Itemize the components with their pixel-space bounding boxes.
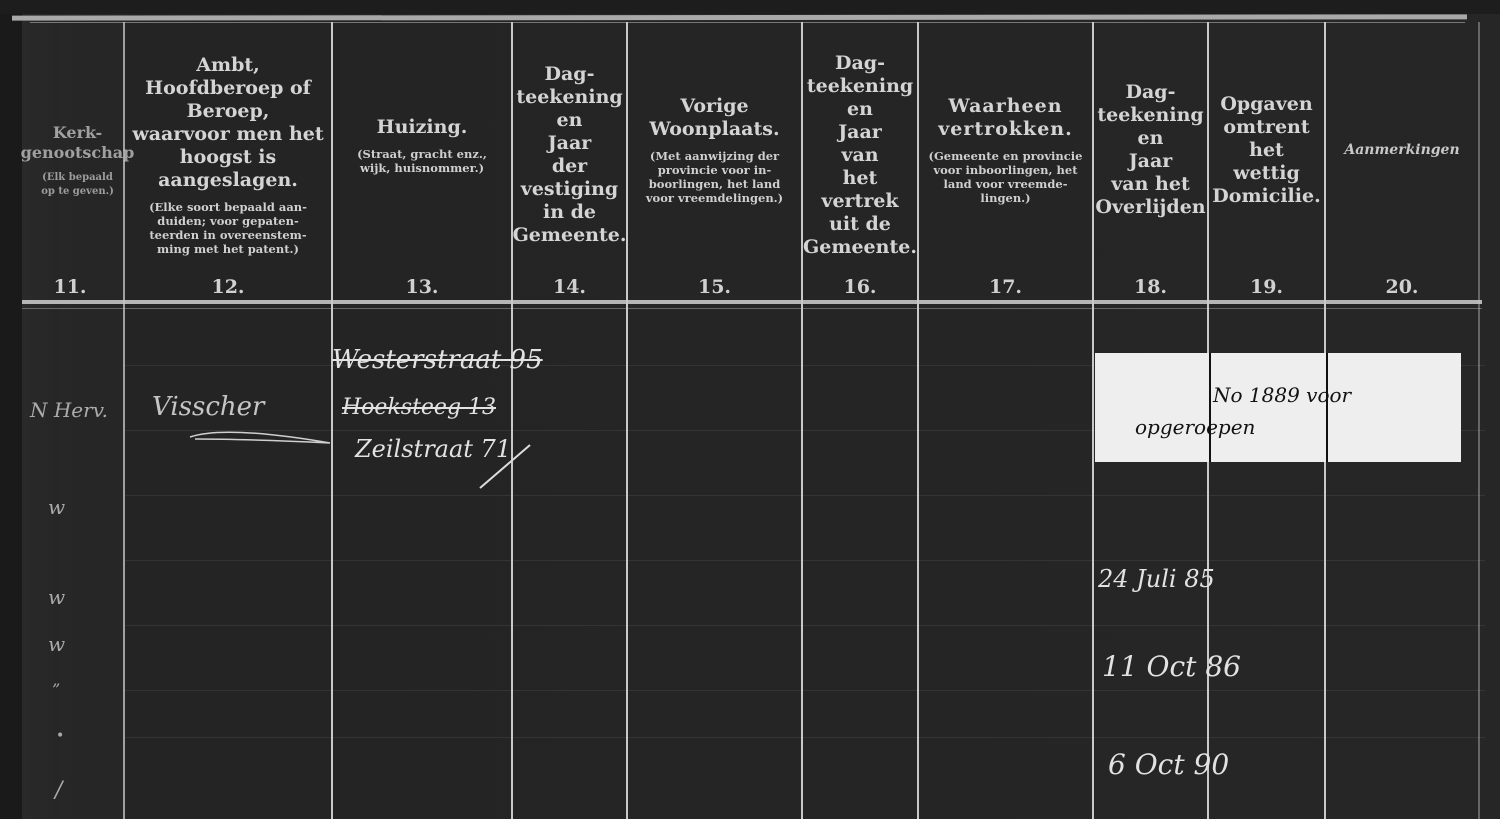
column-number: 20. [1326, 276, 1478, 298]
header-bottom-rule-thin [22, 308, 1482, 309]
header-title: Opgaven omtrent het wettig Domicilie. [1209, 93, 1324, 208]
address-entry-struck: Westerstraat 95 [332, 345, 543, 375]
religion-entry: / [55, 778, 62, 803]
header-col-11: Kerk- genootschap (Elk bepaald op te gev… [30, 26, 125, 296]
header-col-19: Opgaven omtrent het wettig Domicilie. [1209, 40, 1324, 260]
header-title: Vorige Woonplaats. [649, 95, 779, 141]
religion-entry: N Herv. [30, 398, 108, 422]
header-note: (Straat, gracht enz., wijk, huisnommer.) [357, 147, 487, 175]
header-note: (Elke soort bepaald aan- duiden; voor ge… [149, 200, 307, 256]
header-title: Dag- teekening en Jaar der vestiging in … [513, 63, 627, 247]
slip-note-line: No 1889 voor [1213, 383, 1351, 407]
death-date-entry: 6 Oct 90 [1108, 748, 1229, 781]
header-col-12: Ambt, Hoofdberoep of Beroep, waarvoor me… [125, 40, 331, 270]
religion-entry: w [48, 495, 65, 519]
book-binding [0, 0, 22, 819]
column-number: 18. [1094, 276, 1207, 298]
pasted-correction-slip: No 1889 voor opgeroepen [1095, 353, 1461, 462]
header-col-16: Dag- teekening en Jaar van het vertrek u… [803, 40, 917, 270]
flourish-stroke [185, 425, 335, 450]
header-title: Ambt, Hoofdberoep of Beroep, waarvoor me… [125, 54, 331, 192]
slip-column-line [1326, 353, 1328, 462]
slip-note-line: opgeroepen [1135, 415, 1255, 439]
religion-entry: • [56, 728, 64, 744]
column-number: 14. [513, 276, 626, 298]
death-date-entry: 11 Oct 86 [1102, 650, 1241, 683]
row-rule [125, 737, 1485, 738]
slip-column-line [1209, 353, 1211, 462]
row-rule [125, 690, 1485, 691]
header-title: Dag- teekening en Jaar van het vertrek u… [803, 52, 917, 259]
religion-entry: ” [52, 680, 60, 699]
row-rule [125, 625, 1485, 626]
header-note: (Elk bepaald op te geven.) [41, 171, 114, 199]
column-number: 17. [919, 276, 1092, 298]
column-number: 19. [1209, 276, 1324, 298]
column-number: 15. [628, 276, 801, 298]
header-note: (Met aanwijzing der provincie voor in- b… [646, 149, 783, 205]
header-title: Waarheen vertrokken. [938, 95, 1072, 141]
row-rule [125, 560, 1485, 561]
header-col-15: Vorige Woonplaats. (Met aanwijzing der p… [628, 30, 801, 270]
address-entry-struck: Hoeksteeg 13 [342, 395, 496, 420]
header-title: Kerk- genootschap [21, 123, 135, 163]
header-col-17: Waarheen vertrokken. (Gemeente en provin… [919, 30, 1092, 270]
address-mark [470, 440, 560, 490]
header-note: (Gemeente en provincie voor inboorlingen… [929, 149, 1083, 205]
religion-entry: w [48, 585, 65, 609]
header-title: Huizing. [377, 116, 468, 139]
column-number: 12. [125, 276, 331, 298]
top-rule-thin [30, 22, 1465, 23]
religion-entry: w [48, 632, 65, 656]
header-col-13: Huizing. (Straat, gracht enz., wijk, hui… [333, 30, 511, 260]
column-number: 11. [30, 276, 110, 298]
row-rule [125, 495, 1485, 496]
column-number: 16. [803, 276, 917, 298]
death-date-entry: 24 Juli 85 [1098, 565, 1215, 593]
occupation-entry: Visscher [152, 392, 264, 422]
header-col-20: Aanmerkingen [1326, 40, 1478, 260]
header-title: Aanmerkingen [1344, 142, 1459, 158]
header-col-18: Dag- teekening en Jaar van het Overlijde… [1094, 40, 1207, 260]
column-number: 13. [333, 276, 511, 298]
header-col-14: Dag- teekening en Jaar der vestiging in … [513, 40, 626, 270]
header-title: Dag- teekening en Jaar van het Overlijde… [1095, 81, 1205, 219]
header-bottom-rule [22, 300, 1482, 304]
top-edge [0, 0, 1500, 14]
column-divider [1478, 22, 1480, 819]
